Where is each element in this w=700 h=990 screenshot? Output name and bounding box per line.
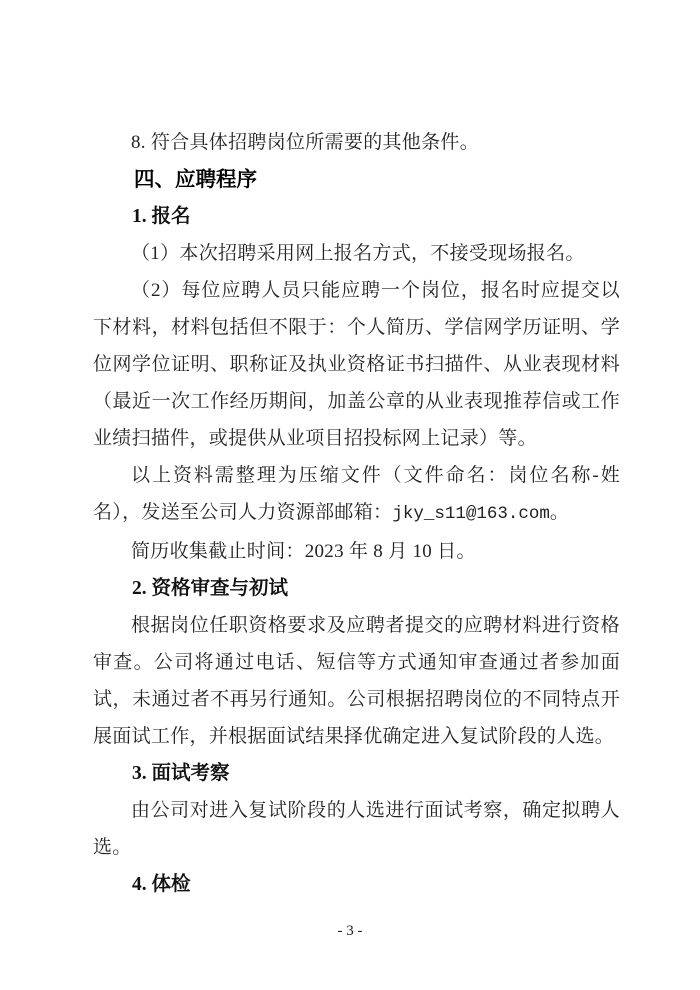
subheading-interview-inspection: 3. 面试考察: [93, 755, 620, 792]
paragraph-resume-deadline: 简历收集截止时间：2023 年 8 月 10 日。: [93, 533, 620, 570]
subheading-physical-examination: 4. 体检: [93, 866, 620, 903]
subheading-registration: 1. 报名: [93, 198, 620, 235]
document-page: 8. 符合具体招聘岗位所需要的其他条件。 四、应聘程序 1. 报名 （1）本次招…: [0, 0, 700, 990]
paragraph-interview-inspection-details: 由公司对进入复试阶段的人选进行面试考察，确定拟聘人选。: [93, 792, 620, 866]
paragraph-submission-email: 以上资料需整理为压缩文件（文件命名：岗位名称-姓名），发送至公司人力资源部邮箱：…: [93, 457, 620, 533]
paragraph-application-materials: （2）每位应聘人员只能应聘一个岗位，报名时应提交以下材料，材料包括但不限于：个人…: [93, 272, 620, 457]
email-address: jky_s11@163.com: [392, 504, 550, 524]
paragraph-item-8-other-conditions: 8. 符合具体招聘岗位所需要的其他条件。: [93, 124, 620, 161]
section-heading-application-procedure: 四、应聘程序: [93, 161, 620, 198]
paragraph-qualification-review-details: 根据岗位任职资格要求及应聘者提交的应聘材料进行资格审查。公司将通过电话、短信等方…: [93, 607, 620, 755]
page-number: - 3 -: [0, 921, 700, 941]
sentence-end-punctuation: 。: [550, 502, 569, 523]
paragraph-online-registration: （1）本次招聘采用网上报名方式，不接受现场报名。: [93, 235, 620, 272]
document-content: 8. 符合具体招聘岗位所需要的其他条件。 四、应聘程序 1. 报名 （1）本次招…: [93, 124, 620, 903]
subheading-qualification-review: 2. 资格审查与初试: [93, 570, 620, 607]
